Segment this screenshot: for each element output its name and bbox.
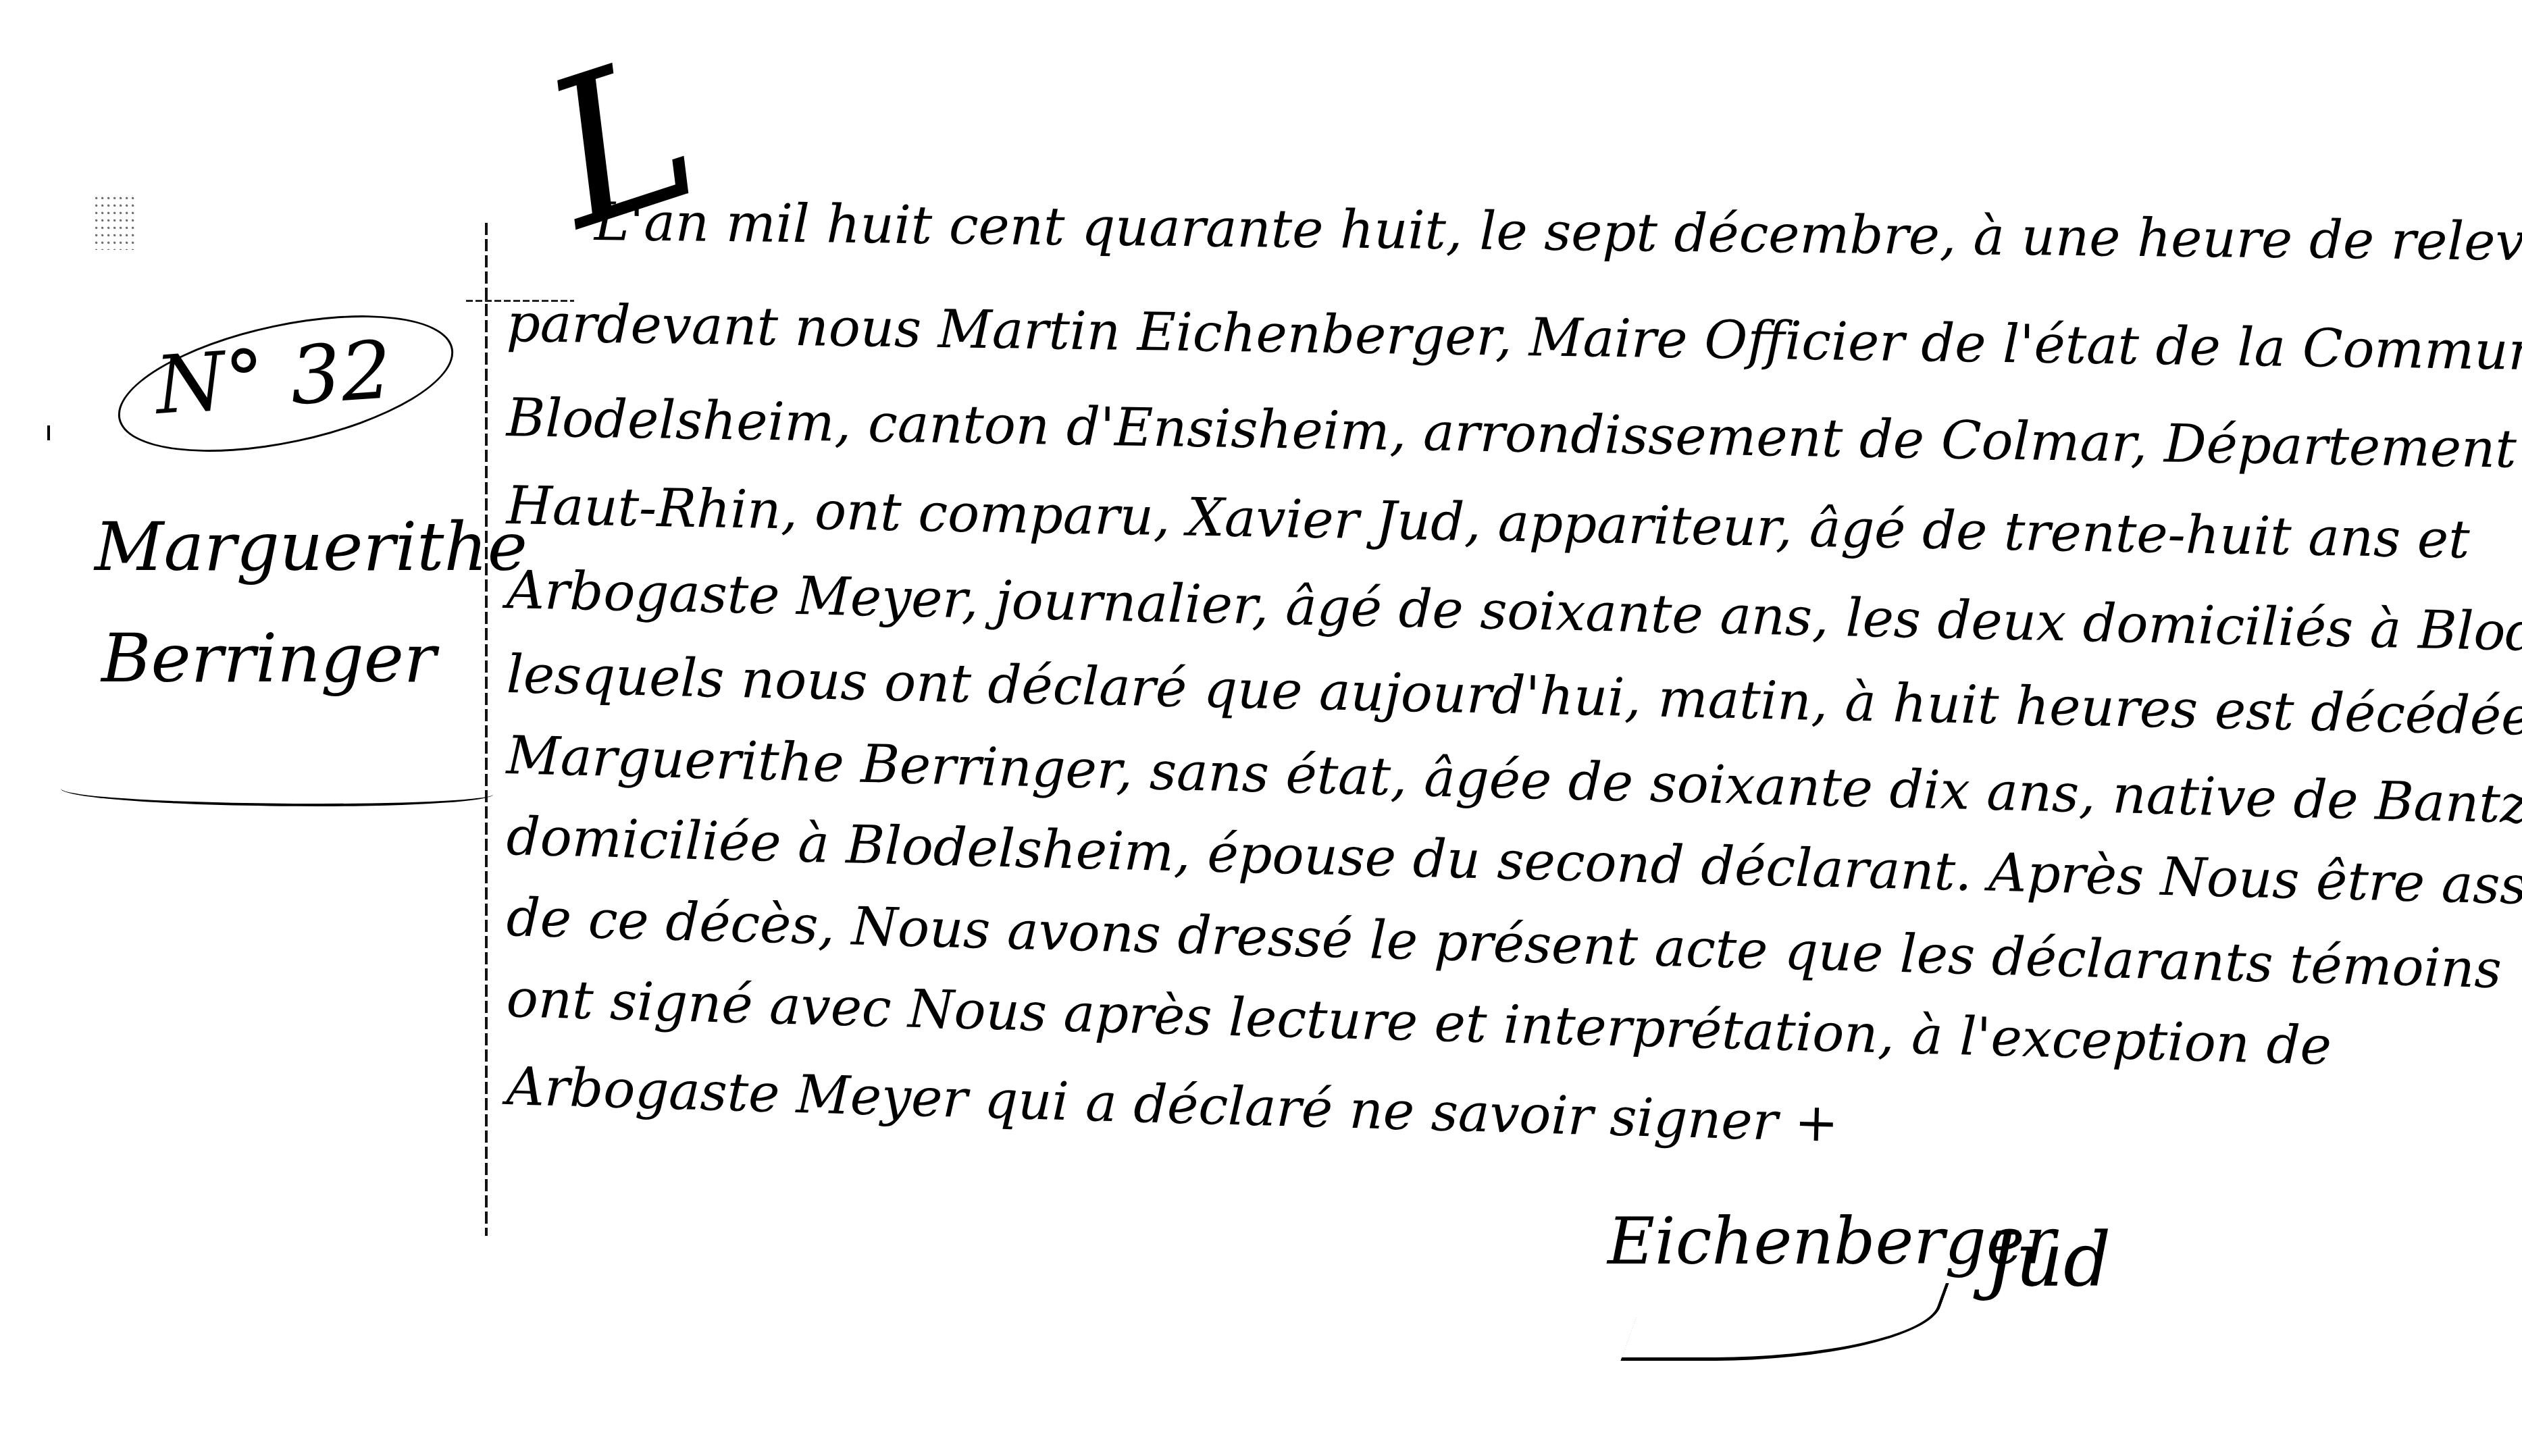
paper-speckle	[95, 196, 135, 250]
civil-record-page: L N° 32 Marguerithe Berringer L'an mil h…	[0, 0, 2522, 1456]
record-line: L'an mil huit cent quarante huit, le sep…	[594, 196, 2522, 269]
witness-signature: Jud	[1986, 1222, 2111, 1297]
record-line: Blodelsheim, canton d'Ensisheim, arrondi…	[506, 392, 2522, 477]
record-line: pardevant nous Martin Eichenberger, Mair…	[506, 297, 2522, 380]
margin-tick-mark	[47, 425, 50, 440]
margin-rule-line	[485, 223, 488, 1236]
margin-flourish-line	[61, 777, 493, 806]
record-line: Haut-Rhin, ont comparu, Xavier Jud, appa…	[506, 479, 2470, 567]
margin-deceased-last-name: Berringer	[101, 625, 436, 692]
entry-number-badge: N° 32	[101, 317, 439, 446]
signature-block: Eichenberger Jud	[1607, 1195, 2215, 1371]
mayor-signature-flourish	[1620, 1283, 1949, 1361]
record-line: Arbogaste Meyer, journalier, âgé de soix…	[506, 564, 2522, 663]
margin-deceased-first-name: Marguerithe	[95, 513, 527, 581]
entry-number-label: N° 32	[153, 330, 394, 425]
record-line: Arbogaste Meyer qui a déclaré ne savoir …	[506, 1060, 1839, 1150]
